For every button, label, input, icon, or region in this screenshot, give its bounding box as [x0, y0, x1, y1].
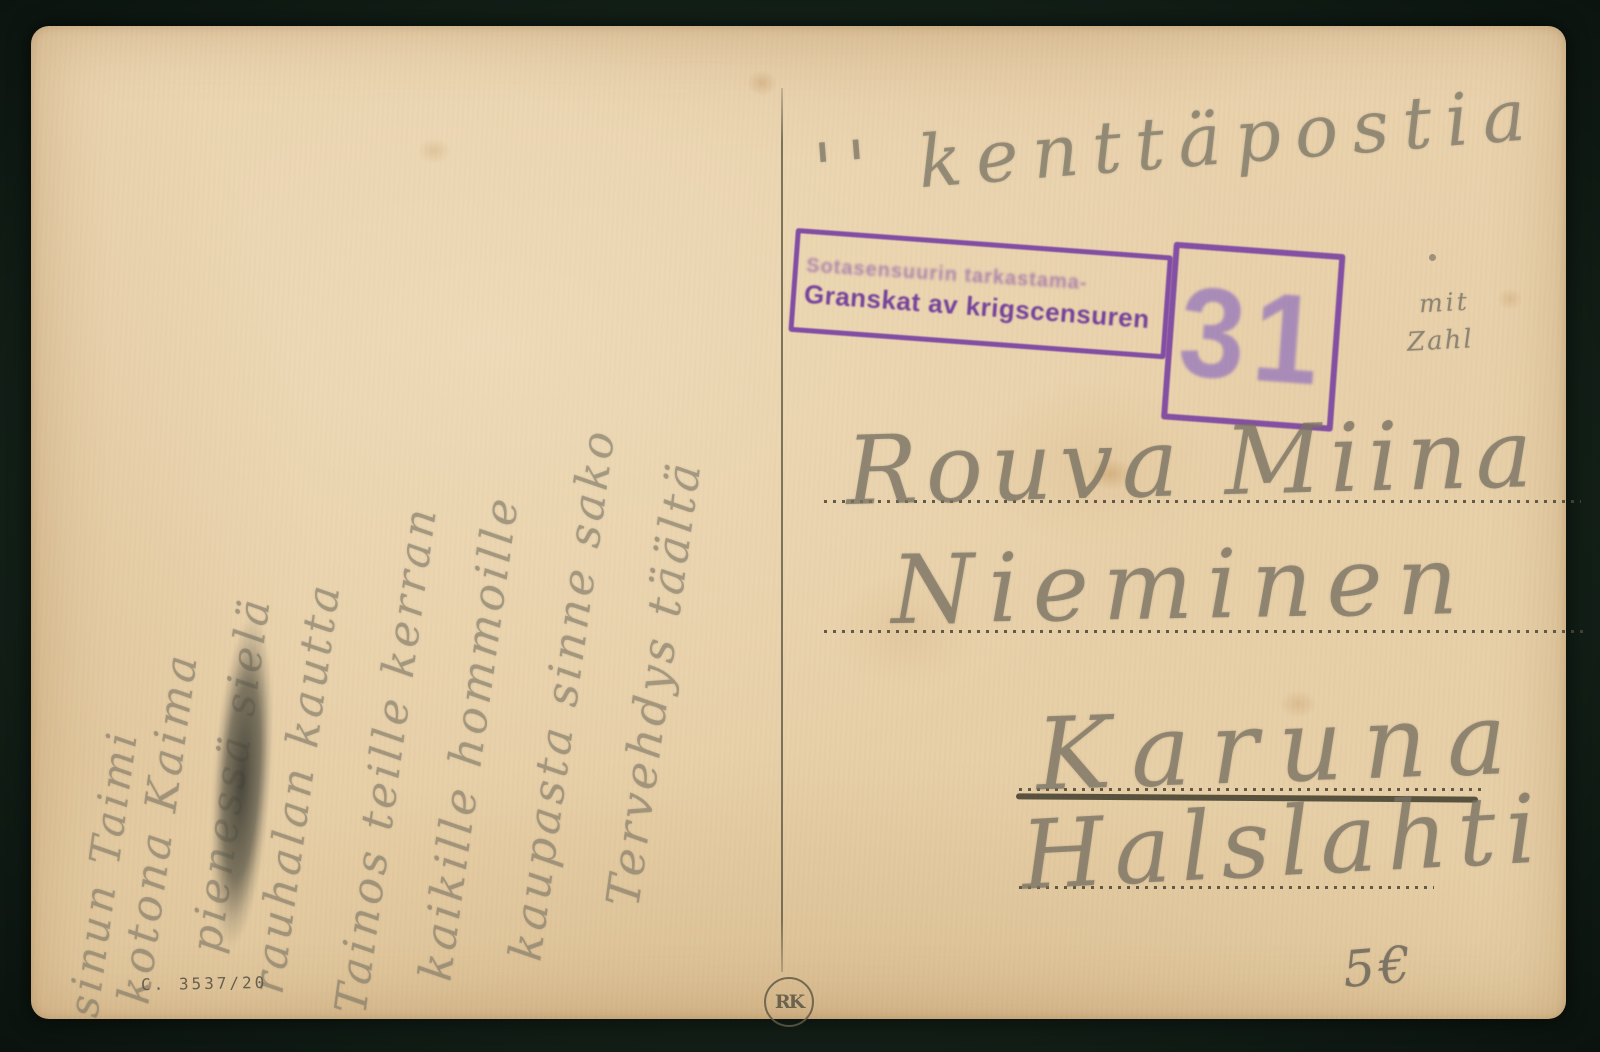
censor-number: 31 — [1174, 258, 1332, 415]
address-name-line1: Rouva Miina — [845, 399, 1542, 527]
collector-note-line2: Zahl — [1406, 324, 1474, 357]
print-code: C. 3537/20 — [141, 973, 268, 994]
age-spot — [1497, 288, 1523, 310]
field-post-note: '' kenttäpostia — [811, 72, 1543, 213]
pencil-dot — [1429, 254, 1436, 261]
publisher-monogram-icon: RK — [764, 977, 814, 1027]
message-line: Tervehdys täältä — [596, 456, 712, 910]
age-spot — [417, 138, 451, 164]
address-divider-line — [781, 88, 783, 972]
age-spot — [747, 70, 777, 96]
publisher-monogram-letters: RK — [775, 991, 803, 1013]
price-note: 5€ — [1341, 935, 1417, 999]
scanned-postcard-photo: RK Tervehdys täältä kaupasta sinne sako … — [0, 0, 1600, 1052]
censor-stamp-text-box: Sotasensuurin tarkastama- Granskat av kr… — [788, 228, 1173, 359]
censor-stamp-number-box: 31 — [1161, 242, 1346, 432]
address-name-line2: Nieminen — [890, 526, 1473, 646]
postcard-back: RK Tervehdys täältä kaupasta sinne sako … — [31, 26, 1566, 1019]
collector-note-line1: mit — [1418, 287, 1470, 319]
censor-stamp: Sotasensuurin tarkastama- Granskat av kr… — [784, 214, 1352, 432]
